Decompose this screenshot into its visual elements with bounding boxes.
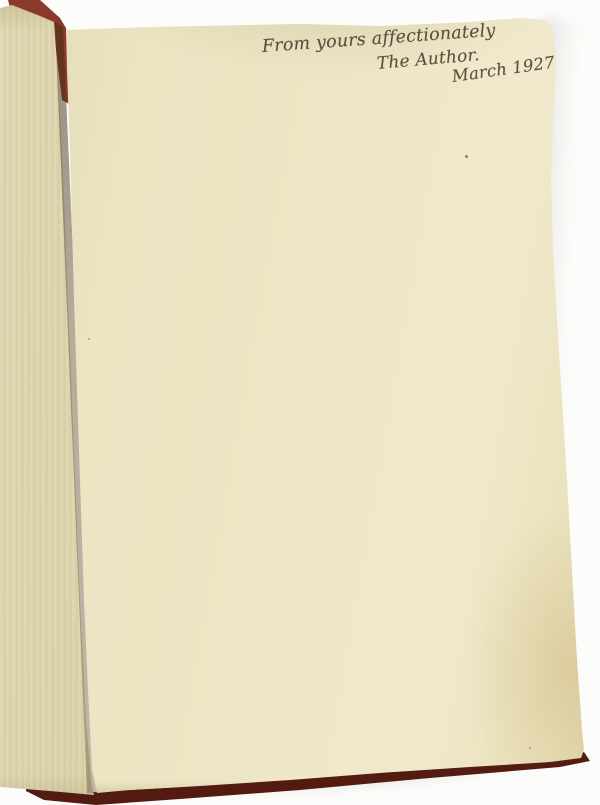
front-board-bottom-edge: [0, 0, 600, 805]
gutter-fold-shadow: [0, 0, 600, 805]
book-photo: From yours affectionately The Author. Ma…: [0, 0, 600, 805]
paper-speck: [88, 338, 90, 340]
paper-speck: [529, 747, 531, 749]
pastedown-endpaper: [0, 0, 600, 805]
ink-speck: [465, 155, 468, 158]
cast-shadow-right: [512, 18, 595, 765]
cast-shadow-bottom: [29, 742, 575, 805]
flyleaf-page: [0, 0, 600, 805]
front-board-top-left-corner: [0, 0, 600, 805]
